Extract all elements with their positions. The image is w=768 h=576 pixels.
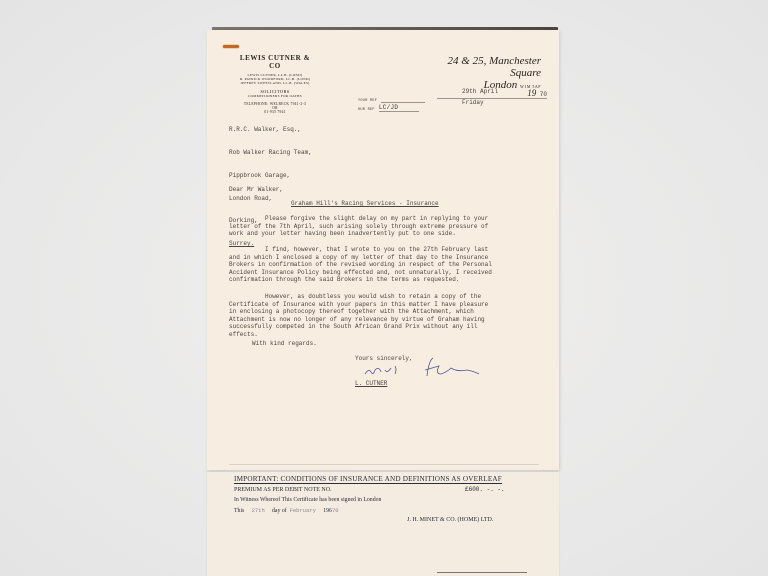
letterhead: LEWIS CUTNER & CO LEWIS CUTNER, LL.B. (L… [235,54,315,115]
signature-icon [357,356,497,380]
paragraph-1: Please forgive the slight delay on my pa… [229,215,488,238]
insurance-certificate: IMPORTANT: CONDITIONS OF INSURANCE AND D… [207,472,559,576]
signing-date: This 27th day of February 19670 [234,507,339,514]
your-ref-blank [381,102,425,103]
date-value: 29th April [462,88,498,98]
address-line1: 24 & 25, Manchester Square [421,55,541,79]
recipient-line: Pippbrook Garage, [229,172,312,180]
divider [229,464,539,465]
signature-line [437,572,527,573]
this-label: This [234,508,244,514]
recipient-line: Rob Walker Racing Team, [229,149,312,157]
year-prefix: 196 [323,508,332,514]
paragraph-2: I find, however, that I wrote to you on … [229,246,492,284]
year-prefix: 19 [527,88,536,98]
year-value: 70 [332,507,339,514]
recipient-line: R.R.C. Walker, Esq., [229,126,312,134]
premium-label: PREMIUM [234,487,262,493]
references: YOUR REF OUR REFLC/JD [358,94,425,112]
your-ref-label: YOUR REF [358,99,377,103]
insurer-company: J. H. MINET & CO. (HOME) LTD. [407,517,493,523]
salutation: Dear Mr Walker, [229,186,283,194]
firm-name: LEWIS CUTNER & CO [235,54,315,70]
weekday: Friday [437,99,547,106]
our-ref-value: LC/JD [379,104,419,112]
date-row: 29th April 19 70 [437,88,547,99]
partner: JEFFREY SWEETLAND, LL.B. (WALES) [235,81,315,85]
premium-value: AS PER DEBIT NOTE NO. [263,487,331,493]
date-line: 29th April 19 70 Friday [437,88,547,106]
day-value: 27th [252,507,265,514]
subject-line: Graham Hill's Racing Services - Insuranc… [291,200,439,208]
year-suffix: 70 [540,91,547,98]
premium: PREMIUM AS PER DEBIT NOTE NO. [234,487,332,493]
firm-commissioners: COMMISSIONERS FOR OATHS [235,94,315,98]
year: 19 70 [527,88,547,98]
signer-name: L. CUTNER [355,380,387,388]
day-of-label: day of [272,508,287,514]
our-ref-label: OUR REF [358,108,375,112]
our-ref-row: OUR REFLC/JD [358,103,425,112]
staple-icon [223,45,239,48]
partners: LEWIS CUTNER, LL.B. (LOND) R. PATRICK WO… [235,73,315,86]
important-notice: IMPORTANT: CONDITIONS OF INSURANCE AND D… [234,475,502,484]
letter-page: LEWIS CUTNER & CO LEWIS CUTNER, LL.B. (L… [207,30,559,470]
premium-amount: £600. -. -. [465,486,505,493]
witness-clause: In Witness Whereof This Certificate has … [234,497,381,503]
paragraph-3: However, as doubtless you would wish to … [229,293,488,339]
your-ref-row: YOUR REF [358,94,425,103]
month-value: February [290,507,316,514]
closing: With kind regards. [252,340,317,348]
